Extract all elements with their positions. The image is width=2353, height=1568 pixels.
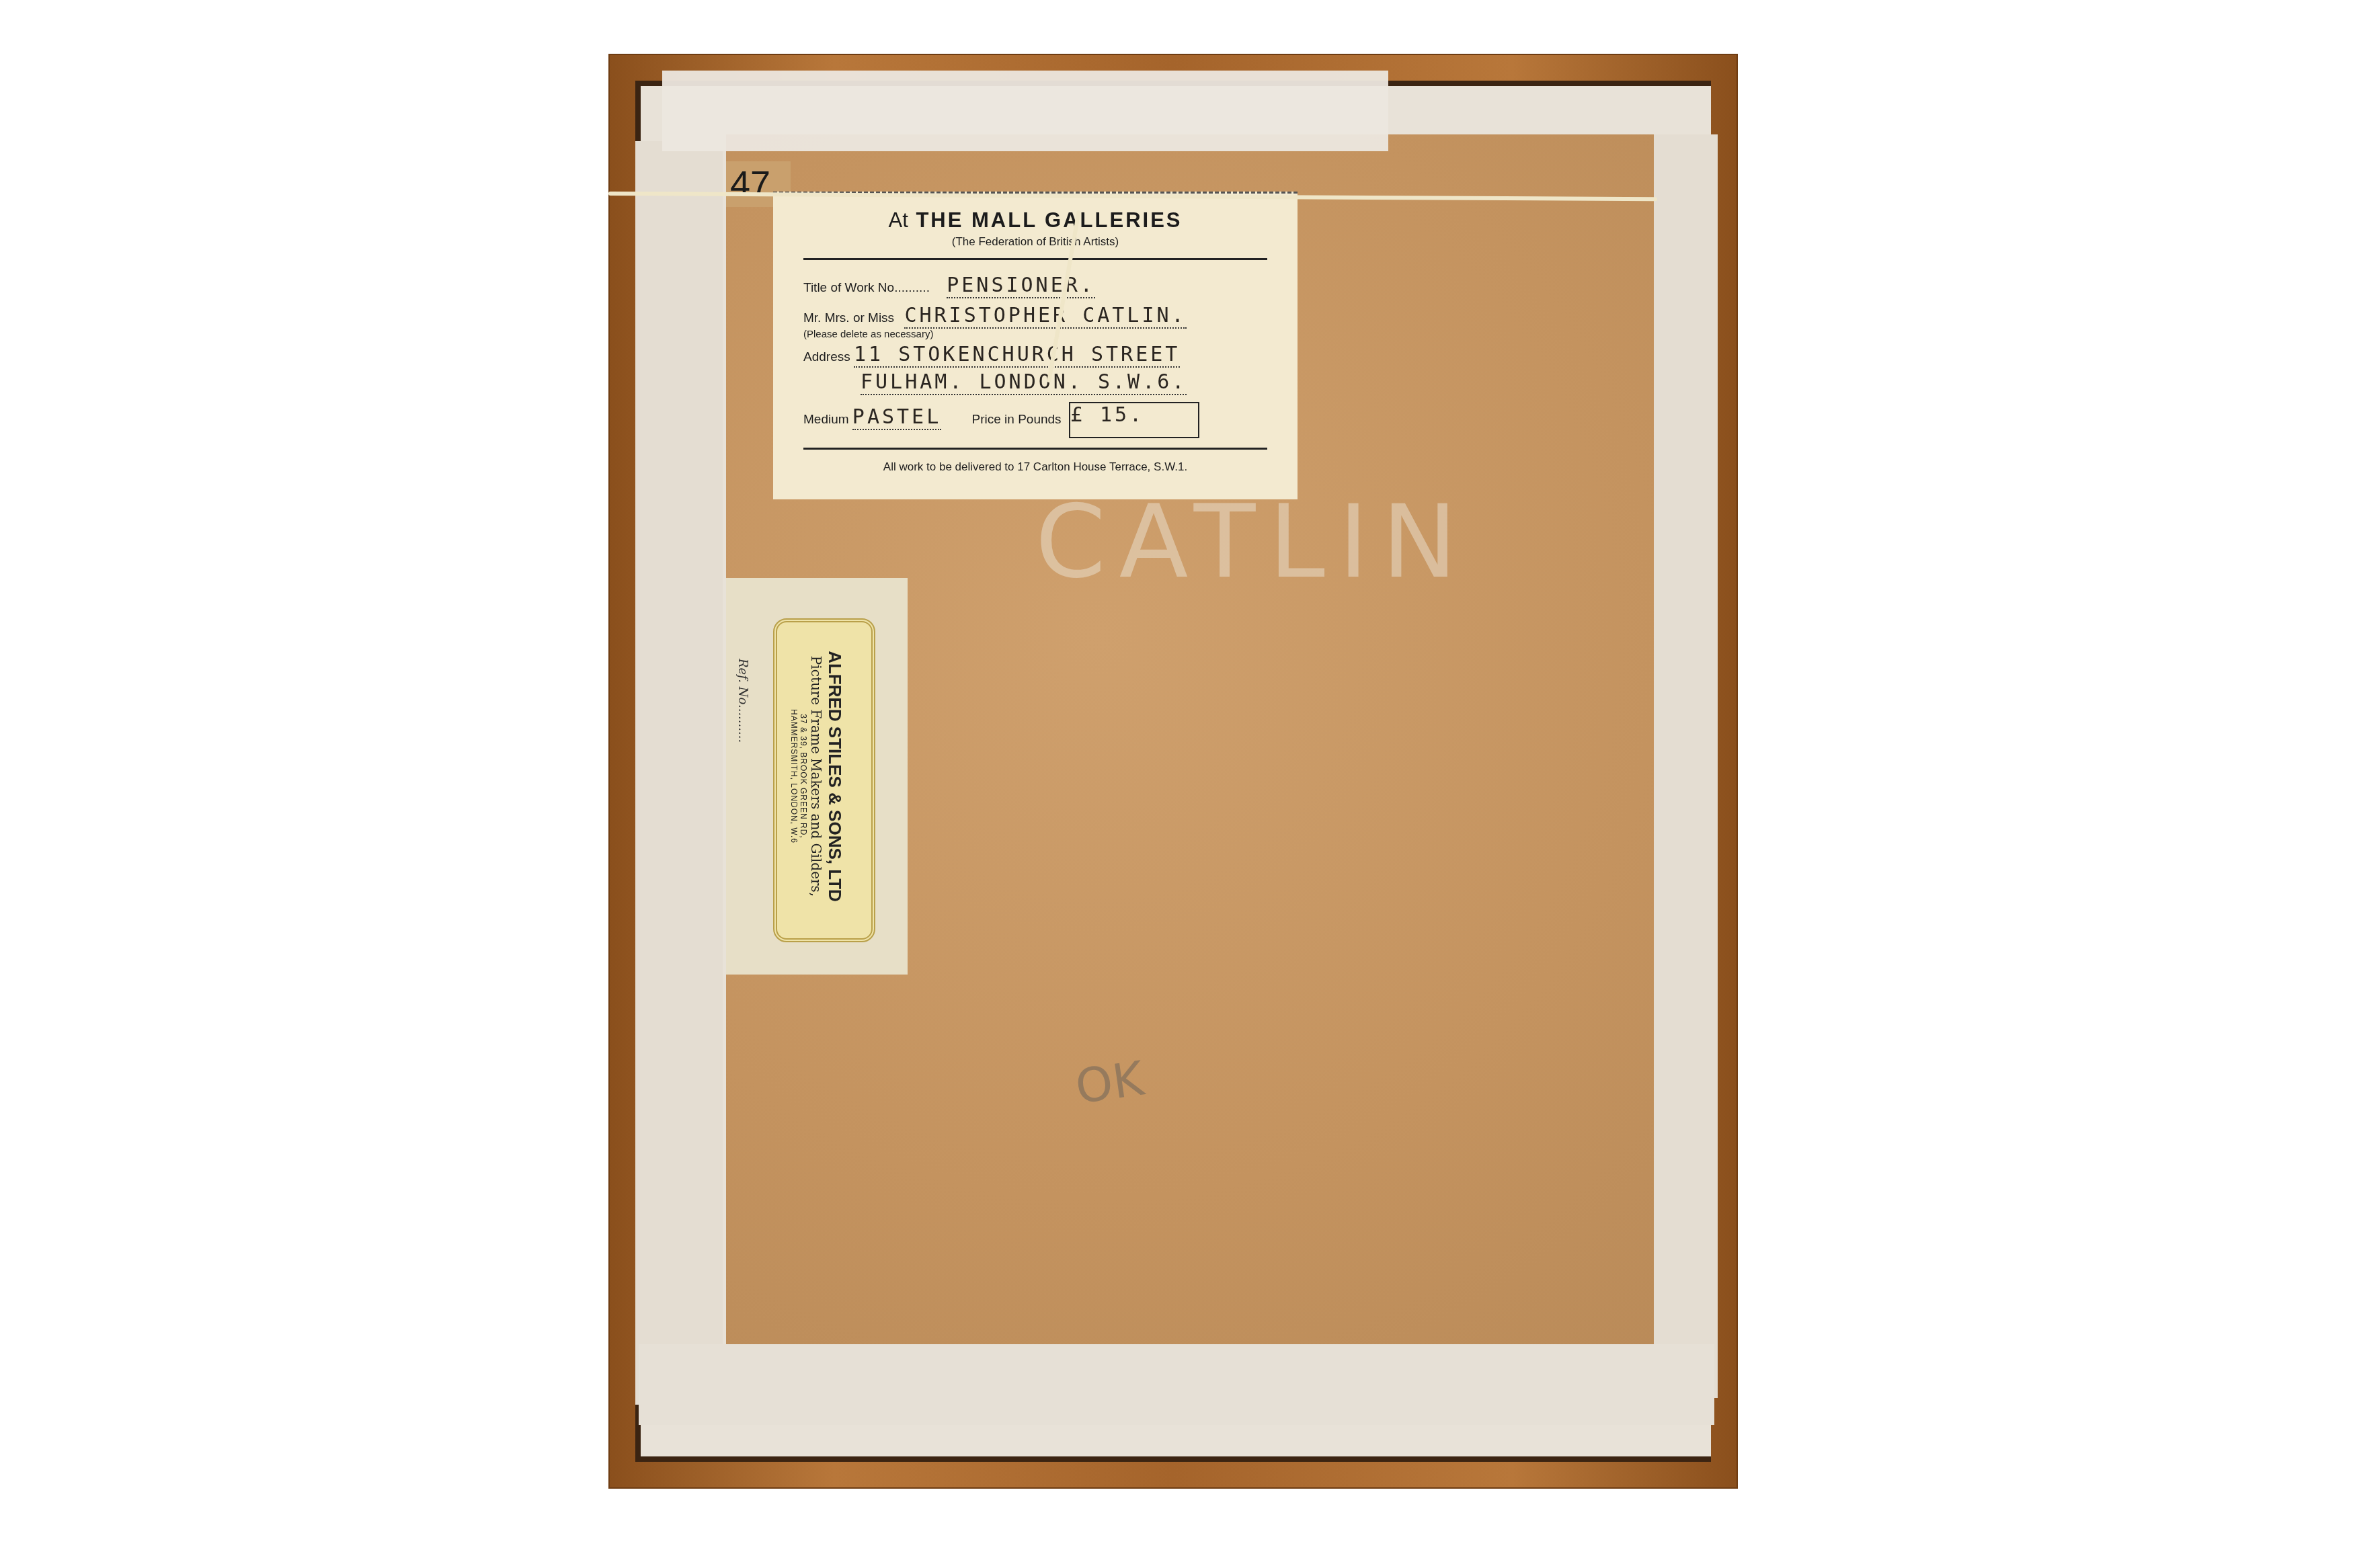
framer-label: Ref. No.......... ALFRED STILES & SONS, … xyxy=(726,578,908,975)
medium-field-label: Medium xyxy=(803,413,849,427)
picture-frame: 47 At THE MALL GALLERIES (The Federation… xyxy=(608,54,1738,1489)
medium-price-row: Medium PASTEL Price in Pounds £ 15. xyxy=(803,402,1298,438)
address-line-2: FULHAM. LONDON. S.W.6. xyxy=(861,370,1187,395)
price-box: £ 15. xyxy=(1069,402,1199,438)
tape-left xyxy=(635,141,723,1405)
name-field-label: Mr. Mrs. or Miss xyxy=(803,311,894,325)
heading-prefix: At xyxy=(888,208,908,232)
label-subheading: (The Federation of British Artists) xyxy=(773,235,1298,249)
tape-top xyxy=(662,71,1388,151)
price-value: £ 15. xyxy=(1070,403,1144,427)
name-row: Mr. Mrs. or Miss CHRISTOPHER CATLIN. xyxy=(803,304,1298,329)
title-value: PENSIONER. xyxy=(947,274,1095,298)
heading-text: THE MALL GALLERIES xyxy=(916,208,1182,232)
address-field-label: Address xyxy=(803,350,850,364)
label-heading: At THE MALL GALLERIES xyxy=(773,208,1298,233)
name-value: CHRISTOPHER CATLIN. xyxy=(904,304,1186,329)
address-row-2: FULHAM. LONDON. S.W.6. xyxy=(861,370,1298,395)
price-field-label: Price in Pounds xyxy=(972,413,1062,427)
framer-address-1: 37 & 39, BROOK GREEN RD, xyxy=(799,602,808,951)
pencil-inscription: OK xyxy=(1072,1050,1147,1114)
mall-galleries-label: At THE MALL GALLERIES (The Federation of… xyxy=(773,192,1298,499)
tape-bottom xyxy=(639,1344,1714,1425)
ref-number: Ref. No.......... xyxy=(735,659,750,743)
title-row: Title of Work No.......... PENSIONER. xyxy=(803,274,1298,298)
divider xyxy=(803,448,1267,450)
framer-text: ALFRED STILES & SONS, LTD Picture Frame … xyxy=(789,602,845,951)
title-field-label: Title of Work No.......... xyxy=(803,281,930,295)
delivery-note: All work to be delivered to 17 Carlton H… xyxy=(773,460,1298,474)
divider xyxy=(803,258,1267,260)
address-line-1: 11 STOKENCHURCH STREET xyxy=(854,343,1180,368)
name-note: (Please delete as necessary) xyxy=(803,329,1298,340)
framer-company: ALFRED STILES & SONS, LTD xyxy=(824,602,845,951)
framer-trade: Picture Frame Makers and Gilders, xyxy=(808,602,824,951)
medium-value: PASTEL xyxy=(852,405,941,430)
chalk-inscription: CATLIN xyxy=(1035,484,1470,601)
framer-address-2: HAMMERSMITH, LONDON, W.6 xyxy=(789,602,799,951)
